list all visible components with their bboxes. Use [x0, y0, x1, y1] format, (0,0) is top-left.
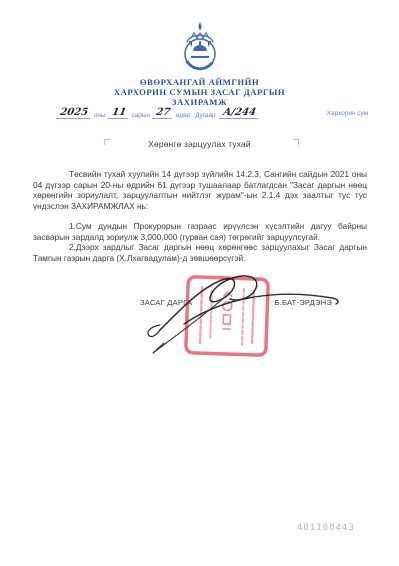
signature-ink — [126, 262, 348, 367]
date-group: 2025 оны 11 сарын 27 өдөр — [57, 108, 190, 119]
document-body: Төсвийн тухай хуулийн 14 дүгээр зүйлийн … — [33, 169, 367, 263]
location-label: Хархорин сум — [327, 110, 368, 117]
government-emblem-icon — [177, 20, 223, 76]
year-label: оны — [94, 112, 106, 119]
meta-row: 2025 оны 11 сарын 27 өдөр Дугаар А/244 Х… — [35, 103, 368, 125]
number-value: А/244 — [219, 108, 260, 119]
month-label: сарын — [131, 112, 149, 119]
year-value: 2025 — [56, 108, 92, 119]
month-value: 11 — [108, 108, 130, 119]
clause-1: 1.Сум дундын Прокурорын газраас ирүүлсэн… — [33, 221, 367, 242]
org-name-line1: ӨВӨРХАНГАЙ АЙМГИЙН — [0, 77, 399, 87]
clause-2: 2.Дээрх зардлыг Засаг даргын нөөц хөрөнг… — [33, 242, 367, 263]
decree-document-page: ӨВӨРХАНГАЙ АЙМГИЙН ХАРХОРИН СУМЫН ЗАСАГ … — [0, 0, 399, 566]
number-label: Дугаар — [195, 112, 216, 119]
org-name-line2: ХАРХОРИН СУМЫН ЗАСАГ ДАРГЫН — [0, 87, 399, 97]
document-title: Хөрөнгө зарцуулах тухай — [0, 139, 399, 149]
legal-basis-paragraph: Төсвийн тухай хуулийн 14 дүгээр зүйлийн … — [33, 169, 367, 211]
day-value: 27 — [152, 108, 174, 119]
serial-number: 401100443 — [297, 523, 355, 533]
day-label: өдөр — [176, 112, 190, 119]
number-group: Дугаар А/244 — [195, 108, 258, 119]
